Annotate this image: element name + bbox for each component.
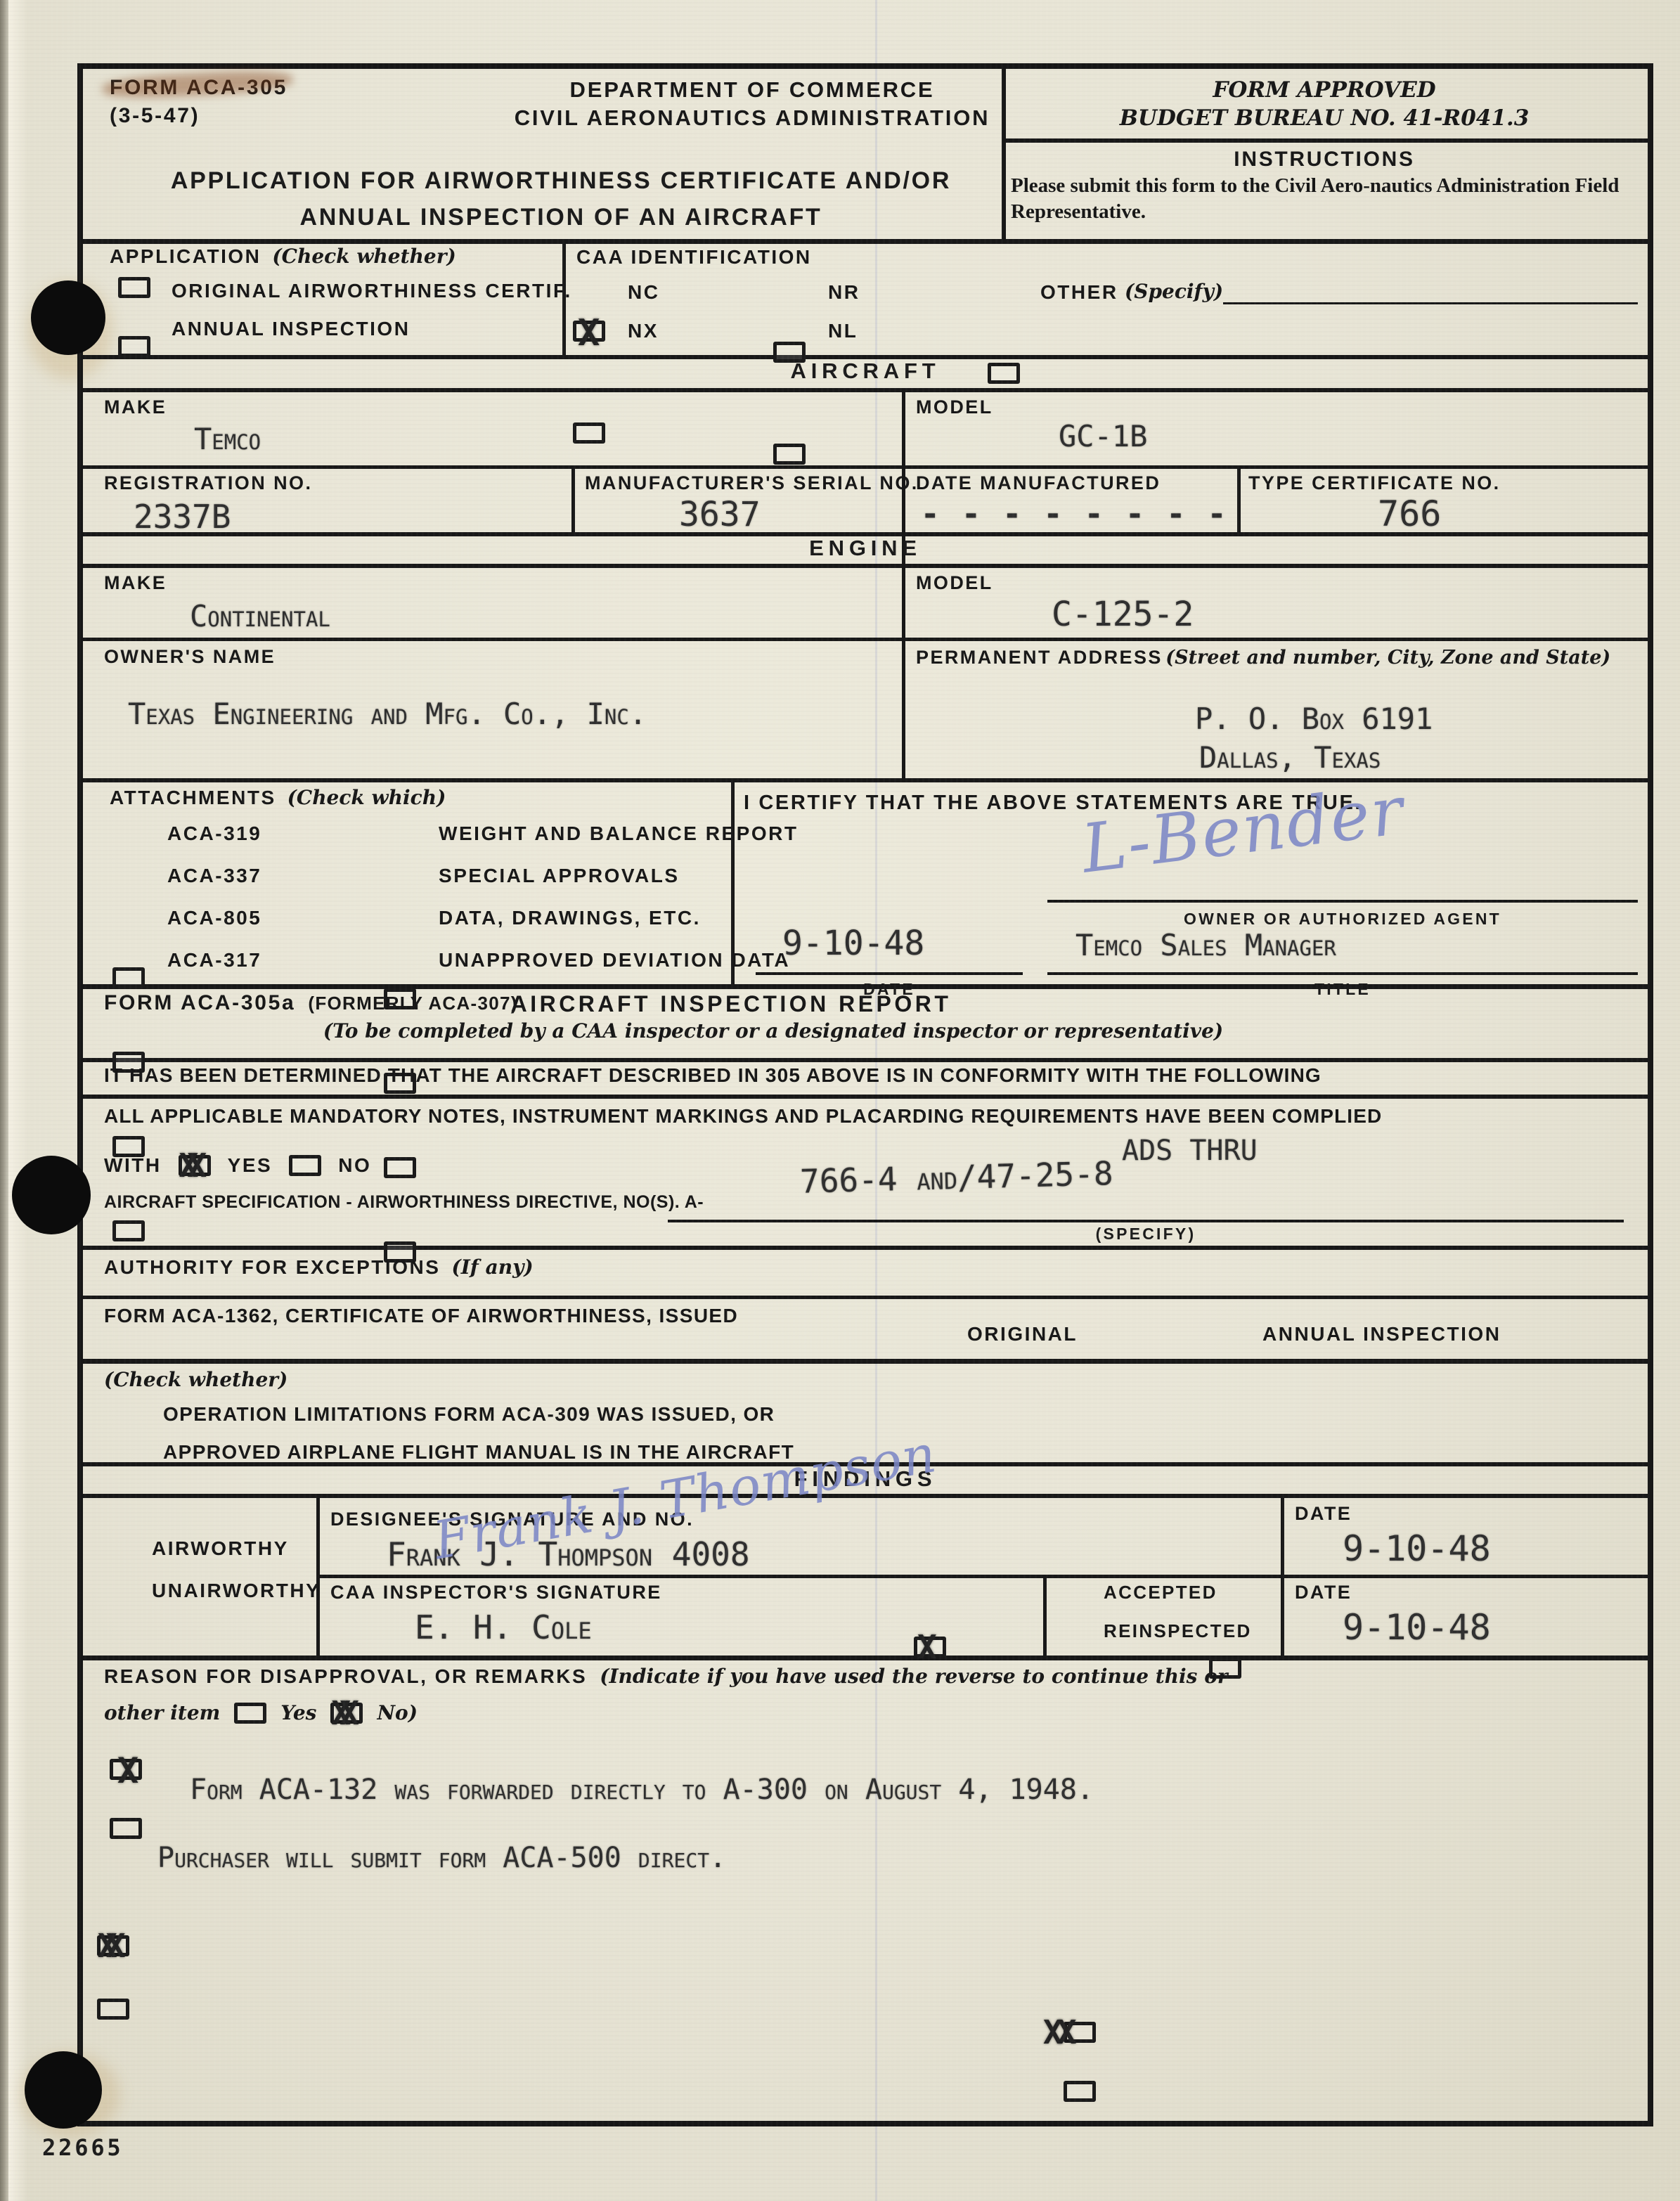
aircraft-model-label: MODEL (916, 396, 993, 418)
aca-319-checkbox[interactable] (112, 967, 145, 988)
engine-make-label: MAKE (104, 572, 167, 594)
annual-inspection-issued-label: ANNUAL INSPECTION (1262, 1323, 1501, 1345)
form-approved-line2: BUDGET BUREAU NO. 41-R041.3 (1120, 105, 1530, 131)
nx-label: NX (628, 320, 659, 342)
aircraft-section-banner: AIRCRAFT (83, 359, 1648, 384)
hole-punch (31, 280, 105, 355)
compliance-statement: ALL APPLICABLE MANDATORY NOTES, INSTRUME… (104, 1105, 1382, 1128)
remarks-yes-checkbox[interactable] (234, 1703, 266, 1724)
application-label: APPLICATION (110, 245, 261, 268)
directive-label: AIRCRAFT SPECIFICATION - AIRWORTHINESS D… (104, 1192, 704, 1213)
flight-manual-checkbox[interactable] (110, 1818, 142, 1839)
divider (83, 465, 1648, 469)
inspection-form-ref-block: FORM ACA-305a (FORMERLY ACA-307) (104, 991, 518, 1015)
certification-title-line[interactable] (1047, 972, 1638, 975)
airworthy-checkbox[interactable]: XX (97, 1935, 129, 1956)
designee-date-label: DATE (1295, 1503, 1352, 1525)
attachments-note: (Check which) (287, 786, 446, 809)
aircraft-model-value: GC-1B (1059, 419, 1147, 453)
remarks-no-label: No) (377, 1701, 418, 1724)
nr-label: NR (828, 281, 860, 304)
original-airworthiness-label: ORIGINAL AIRWORTHINESS CERTIF. (172, 280, 572, 302)
serial-no-value: 3637 (679, 495, 761, 534)
aca-805-label: ACA-805 (167, 907, 261, 929)
aca-317-checkbox[interactable] (112, 1220, 145, 1241)
remarks-no-checkbox[interactable]: XX (330, 1703, 363, 1724)
nl-label: NL (828, 320, 858, 342)
owner-name-label: OWNER'S NAME (104, 646, 276, 668)
unairworthy-checkbox[interactable] (97, 1999, 129, 2020)
owner-signature: L-Bender (1078, 772, 1409, 888)
data-drawings-checkbox[interactable] (384, 1157, 416, 1178)
accepted-checkbox[interactable]: XX (1064, 2022, 1096, 2043)
check-whether-note: (Check whether) (104, 1368, 287, 1391)
special-approvals-label: SPECIAL APPROVALS (439, 865, 680, 887)
nx-checkbox[interactable] (573, 422, 605, 444)
compliance-yes-no-row: WITH XX YES NO (104, 1154, 371, 1177)
engine-section-banner: ENGINE (83, 536, 1648, 561)
certification-date-value: 9-10-48 (782, 924, 924, 963)
registration-no-label: REGISTRATION NO. (104, 472, 312, 494)
original-airworthiness-checkbox[interactable] (118, 277, 150, 298)
other-specify-blank[interactable] (1223, 302, 1638, 304)
check-mark: XX (179, 1149, 195, 1182)
type-certificate-label: TYPE CERTIFICATE NO. (1248, 472, 1501, 494)
instructions-body: Please submit this form to the Civil Aer… (1011, 173, 1643, 225)
divider (83, 1246, 1648, 1250)
directive-value: 766-4 and/47-25-8 (799, 1154, 1113, 1201)
attachments-section-label: ATTACHMENTS (Check which) (110, 786, 446, 809)
aca-319-label: ACA-319 (167, 822, 261, 845)
caa-identification-label: CAA IDENTIFICATION (576, 246, 812, 269)
divider (1002, 138, 1648, 143)
caa-inspector-signature-label: CAA INSPECTOR'S SIGNATURE (330, 1582, 662, 1603)
engine-model-value: C-125-2 (1052, 595, 1194, 634)
check-mark: XX (1043, 2016, 1071, 2048)
original-checkbox[interactable]: X (914, 1637, 946, 1658)
check-mark: X (117, 1753, 127, 1788)
annual-inspection-checkbox[interactable] (118, 336, 150, 357)
annual-inspection-label: ANNUAL INSPECTION (172, 318, 410, 340)
divider (83, 1296, 1648, 1299)
check-mark: X (578, 315, 588, 351)
owner-signature-caption: OWNER OR AUTHORIZED AGENT (1184, 910, 1501, 929)
data-drawings-label: DATA, DRAWINGS, ETC. (439, 907, 701, 929)
directive-blank-line[interactable] (668, 1220, 1624, 1222)
weight-balance-label: WEIGHT AND BALANCE REPORT (439, 822, 799, 845)
original-label: ORIGINAL (967, 1323, 1078, 1345)
owner-name-value: Texas Engineering and Mfg. Co., Inc. (128, 697, 647, 731)
authority-for-exceptions-block: AUTHORITY FOR EXCEPTIONS (If any) (104, 1256, 534, 1279)
form-title-line2: ANNUAL INSPECTION OF AN AIRCRAFT (299, 204, 822, 231)
form-border: FORM ACA-305 (3-5-47) DEPARTMENT OF COMM… (77, 63, 1653, 2126)
remarks-yes-label: Yes (280, 1701, 316, 1724)
inspection-form-ref: FORM ACA-305a (104, 991, 295, 1015)
application-note: (Check whether) (272, 245, 455, 268)
divider (902, 388, 905, 638)
remarks-label: REASON FOR DISAPPROVAL, OR REMARKS (104, 1665, 587, 1688)
hole-punch (25, 2051, 102, 2129)
inspector-date-label: DATE (1295, 1582, 1352, 1603)
owner-signature-line[interactable] (1047, 900, 1638, 903)
form-approved-line1: FORM APPROVED (1213, 77, 1435, 103)
divider (83, 778, 1648, 782)
designee-date-value: 9-10-48 (1343, 1528, 1491, 1569)
hole-punch (12, 1156, 91, 1234)
divider (83, 564, 1648, 568)
attachments-label: ATTACHMENTS (110, 787, 276, 809)
with-label: WITH (104, 1154, 162, 1177)
unairworthy-label: UNAIRWORTHY (152, 1580, 321, 1602)
application-section-label: APPLICATION (Check whether) (110, 245, 456, 268)
page-edge-highlight (8, 0, 28, 2201)
divider (83, 1095, 1648, 1099)
divider (83, 239, 1648, 244)
agency-name-line2: CIVIL AERONAUTICS ADMINISTRATION (515, 105, 990, 131)
reinspected-label: REINSPECTED (1104, 1620, 1252, 1642)
certification-title-value: Temco Sales Manager (1075, 928, 1336, 962)
divider (83, 1359, 1648, 1364)
unapproved-deviation-label: UNAPPROVED DEVIATION DATA (439, 949, 790, 972)
permanent-address-note: (Street and number, City, Zone and State… (1165, 647, 1610, 669)
aca-337-label: ACA-337 (167, 865, 261, 887)
agency-name-line1: DEPARTMENT OF COMMERCE (570, 77, 935, 103)
aircraft-make-label: MAKE (104, 396, 167, 418)
other-label: OTHER (1040, 281, 1118, 304)
divider (83, 638, 1648, 641)
aca-317-label: ACA-317 (167, 949, 261, 972)
remarks-line2: Purchaser will submit form ACA-500 direc… (157, 1842, 726, 1874)
nc-label: NC (628, 281, 659, 304)
check-mark: XX (331, 1697, 347, 1729)
form-edition-date: (3-5-47) (110, 104, 200, 128)
date-manufactured-value: - - - - - - - - (921, 496, 1228, 532)
remarks-note-line1: (Indicate if you have used the reverse t… (600, 1665, 1227, 1688)
remarks-label-line1: REASON FOR DISAPPROVAL, OR REMARKS (Indi… (104, 1665, 1228, 1688)
authority-note: (If any) (451, 1256, 533, 1279)
serial-no-label: MANUFACTURER'S SERIAL NO. (585, 472, 919, 494)
inspector-date-value: 9-10-48 (1343, 1607, 1491, 1648)
address-line2: Dallas, Texas (1199, 740, 1381, 775)
date-manufactured-label: DATE MANUFACTURED (916, 472, 1161, 494)
inspection-formerly: (FORMERLY ACA-307) (308, 993, 517, 1014)
divider (1043, 1575, 1047, 1655)
divider (83, 1655, 1648, 1660)
permanent-address-label-block: PERMANENT ADDRESS (Street and number, Ci… (916, 644, 1633, 674)
nl-checkbox[interactable] (773, 444, 806, 465)
caa-inspector-typed-name: E. H. Cole (415, 1608, 592, 1646)
type-certificate-value: 766 (1378, 493, 1441, 534)
flight-manual-label: APPROVED AIRPLANE FLIGHT MANUAL IS IN TH… (163, 1441, 794, 1464)
certification-date-line[interactable] (756, 972, 1023, 975)
operation-limitations-checkbox[interactable]: X (110, 1759, 142, 1780)
operation-limitations-label: OPERATION LIMITATIONS FORM ACA-309 WAS I… (163, 1403, 775, 1426)
divider (902, 638, 905, 778)
divider (83, 388, 1648, 392)
remarks-label-line2: other item Yes XX No) (104, 1701, 418, 1724)
check-mark: X (917, 1631, 926, 1663)
other-specify-note: (Specify) (1125, 280, 1223, 303)
check-mark: XX (98, 1930, 114, 1962)
compliance-yes-checkbox[interactable]: XX (179, 1155, 211, 1176)
divider (571, 465, 575, 532)
specify-caption: (SPECIFY) (1096, 1225, 1196, 1244)
authority-label: AUTHORITY FOR EXCEPTIONS (104, 1256, 440, 1279)
divider (1002, 69, 1006, 239)
form-title-line1: APPLICATION FOR AIRWORTHINESS CERTIFICAT… (171, 167, 951, 195)
scanned-form-page: FORM ACA-305 (3-5-47) DEPARTMENT OF COMM… (0, 0, 1680, 2201)
remarks-line1: Form ACA-132 was forwarded directly to A… (190, 1774, 1094, 1806)
instructions-title: INSTRUCTIONS (1234, 148, 1414, 172)
compliance-no-checkbox[interactable] (289, 1155, 321, 1176)
remarks-note-line2: other item (104, 1701, 220, 1724)
accepted-label: ACCEPTED (1104, 1582, 1217, 1603)
aircraft-make-value: Temco (194, 422, 261, 456)
ads-thru-value: ADS THRU (1122, 1135, 1258, 1167)
yes-label: YES (228, 1154, 273, 1177)
no-label: NO (338, 1154, 371, 1177)
engine-model-label: MODEL (916, 572, 993, 594)
permanent-address-label: PERMANENT ADDRESS (916, 647, 1163, 668)
engine-make-value: Continental (190, 599, 330, 633)
nc-checkbox[interactable]: X (573, 321, 605, 342)
inspection-report-title: AIRCRAFT INSPECTION REPORT (511, 991, 952, 1017)
divider (83, 1058, 1648, 1062)
certification-title-caption: TITLE (1314, 980, 1371, 999)
registration-no-value: 2337B (134, 498, 231, 536)
airworthy-label: AIRWORTHY (152, 1537, 289, 1560)
divider (316, 1575, 1648, 1578)
inspection-report-subtitle: (To be completed by a CAA inspector or a… (323, 1019, 1223, 1043)
serial-stamp: 22665 (42, 2134, 124, 2161)
divider (1237, 465, 1241, 532)
aca1362-label: FORM ACA-1362, CERTIFICATE OF AIRWORTHIN… (104, 1305, 738, 1327)
determination-statement: IT HAS BEEN DETERMINED THAT THE AIRCRAFT… (104, 1064, 1322, 1087)
address-line1: P. O. Box 6191 (1195, 702, 1433, 736)
reinspected-checkbox[interactable] (1064, 2081, 1096, 2102)
